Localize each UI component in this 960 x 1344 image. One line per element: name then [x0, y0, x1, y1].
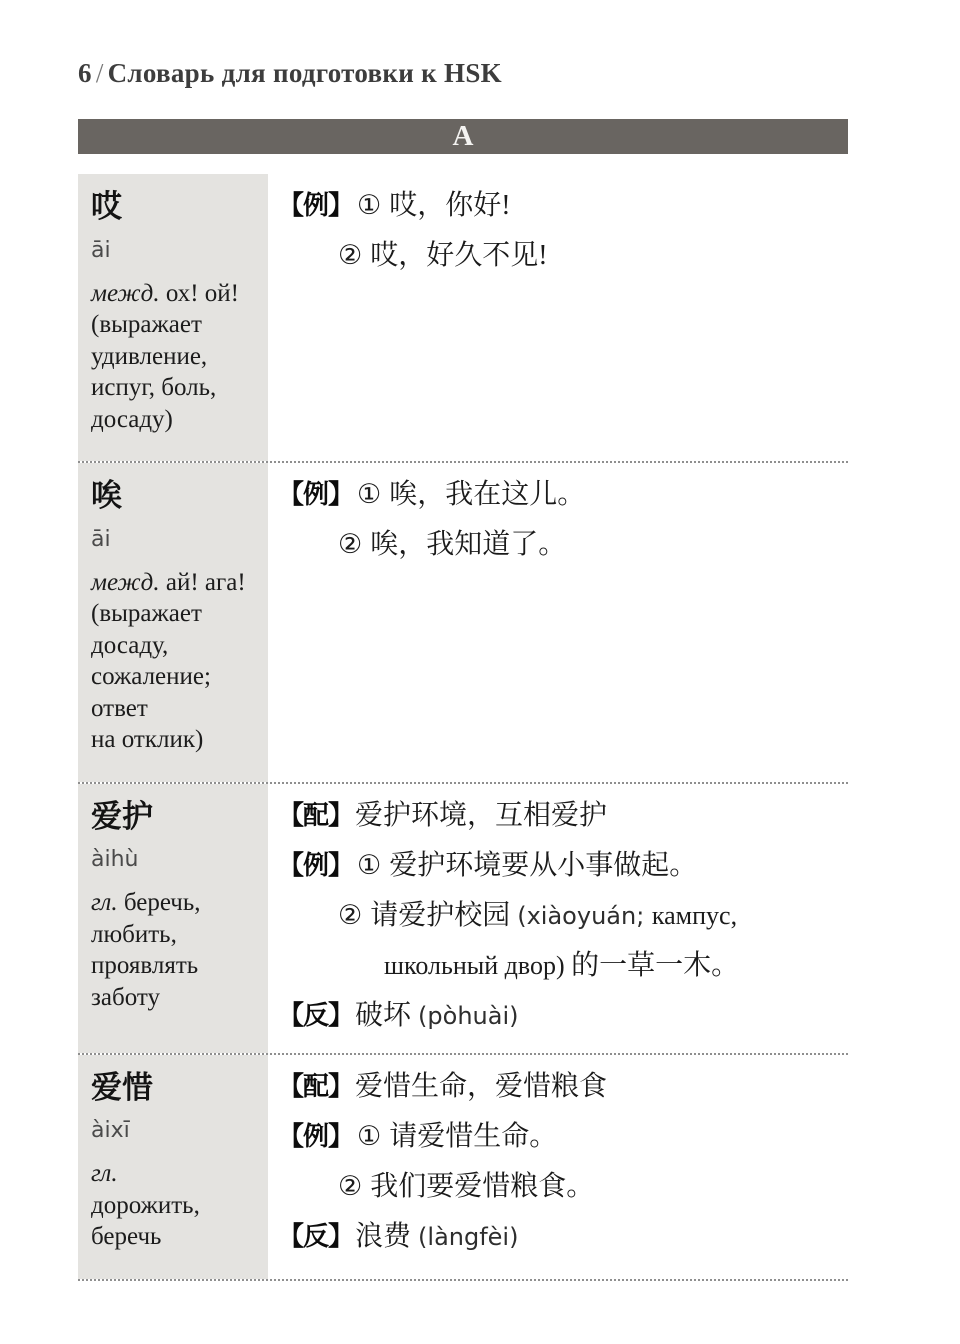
label-marker: 【例】 [278, 1122, 353, 1151]
circled-number: ① [357, 190, 381, 221]
section-banner: A [78, 119, 848, 154]
dictionary-entry: 哎āiмежд. ох! ой! (выражает удивление, ис… [78, 174, 848, 463]
headword: 哎 [91, 189, 254, 225]
example-line: 【反】破坏 (pòhuài) [278, 991, 848, 1041]
russian-text: школьный двор) [384, 951, 571, 980]
entry-examples: 【配】爱护环境，互相爱护【例】①爱护环境要从小事做起。②请爱护校园 (xiàoy… [268, 784, 848, 1053]
chinese-text: 哎，好久不见! [370, 240, 547, 271]
pinyin-text: (làngfèi) [418, 1223, 518, 1251]
page-header: 6/Словарь для подготовки к HSK [78, 58, 848, 89]
entry-examples: 【配】爱惜生命，爱惜粮食【例】①请爱惜生命。②我们要爱惜粮食。【反】浪费 (là… [268, 1055, 848, 1279]
circled-number: ② [338, 900, 362, 931]
chinese-text: 我们要爱惜粮食。 [370, 1171, 594, 1202]
chinese-text: 浪费 [355, 1221, 418, 1252]
pinyin-text: (pòhuài) [418, 1002, 518, 1030]
entry-info: 爱惜àixīгл. дорожить, беречь [78, 1055, 268, 1279]
dictionary-entry: 唉āiмежд. ай! ага! (выражает досаду, сожа… [78, 463, 848, 784]
definition: гл. беречь, любить, проявлять заботу [91, 887, 254, 1013]
example-line: ②我们要爱惜粮食。 [278, 1162, 848, 1212]
headword: 爱惜 [91, 1070, 254, 1106]
chinese-text: 破坏 [355, 1000, 418, 1031]
example-line: 【反】浪费 (làngfèi) [278, 1212, 848, 1262]
label-marker: 【配】 [278, 1072, 353, 1101]
circled-number: ① [357, 1121, 381, 1152]
definition: гл. дорожить, беречь [91, 1158, 254, 1253]
part-of-speech: межд. [91, 569, 160, 596]
entry-examples: 【例】①哎，你好!②哎，好久不见! [268, 174, 848, 461]
chinese-text: 的一草一木。 [571, 950, 739, 981]
headword: 唉 [91, 478, 254, 514]
entry-info: 哎āiмежд. ох! ой! (выражает удивление, ис… [78, 174, 268, 461]
circled-number: ② [338, 1171, 362, 1202]
chinese-text: 请爱惜生命。 [389, 1121, 557, 1152]
book-title: Словарь для подготовки к HSK [108, 58, 502, 88]
dictionary-page: 6/Словарь для подготовки к HSK A 哎āiмежд… [0, 0, 848, 1281]
circled-number: ① [357, 850, 381, 881]
pinyin: àixī [91, 1118, 254, 1143]
example-line: 【例】①请爱惜生命。 [278, 1112, 848, 1162]
russian-text: кампус, [652, 901, 737, 930]
headword: 爱护 [91, 799, 254, 835]
part-of-speech: гл. [91, 1160, 118, 1187]
label-marker: 【例】 [278, 480, 353, 509]
definition-text: ай! ага! (выражает досаду, сожаление; от… [91, 569, 246, 754]
pinyin: āi [91, 527, 254, 552]
example-line: ②哎，好久不见! [278, 231, 848, 281]
example-line: ②请爱护校园 (xiàoyuán; кампус, [278, 891, 848, 941]
chinese-text: 请爱护校园 [370, 900, 517, 931]
example-line: 【例】①爱护环境要从小事做起。 [278, 841, 848, 891]
example-line: 【例】①哎，你好! [278, 181, 848, 231]
example-line: ②唉，我知道了。 [278, 520, 848, 570]
circled-number: ② [338, 529, 362, 560]
definition-text: дорожить, беречь [91, 1192, 200, 1251]
definition: межд. ай! ага! (выражает досаду, сожален… [91, 567, 254, 756]
header-separator: / [92, 58, 108, 88]
entry-info: 唉āiмежд. ай! ага! (выражает досаду, сожа… [78, 463, 268, 782]
chinese-text: 唉，我知道了。 [370, 529, 566, 560]
entry-info: 爱护àihùгл. беречь, любить, проявлять забо… [78, 784, 268, 1053]
pinyin: àihù [91, 847, 254, 872]
circled-number: ① [357, 479, 381, 510]
page-number: 6 [78, 58, 92, 88]
example-line: 【配】爱护环境，互相爱护 [278, 791, 848, 841]
example-line: 【配】爱惜生命，爱惜粮食 [278, 1062, 848, 1112]
label-marker: 【例】 [278, 851, 353, 880]
dictionary-entry: 爱护àihùгл. беречь, любить, проявлять забо… [78, 784, 848, 1055]
chinese-text: 唉，我在这儿。 [389, 479, 585, 510]
pinyin-text: (xiàoyuán; [517, 902, 652, 930]
section-letter: A [453, 120, 474, 152]
label-marker: 【例】 [278, 191, 353, 220]
label-marker: 【配】 [278, 801, 353, 830]
dictionary-entry: 爱惜àixīгл. дорожить, беречь【配】爱惜生命，爱惜粮食【例… [78, 1055, 848, 1281]
definition: межд. ох! ой! (выражает удивление, испуг… [91, 278, 254, 436]
chinese-text: 爱护环境，互相爱护 [355, 800, 607, 831]
chinese-text: 爱惜生命，爱惜粮食 [355, 1071, 607, 1102]
pinyin: āi [91, 238, 254, 263]
example-line: 【例】①唉，我在这儿。 [278, 470, 848, 520]
chinese-text: 哎，你好! [389, 190, 510, 221]
entries: 哎āiмежд. ох! ой! (выражает удивление, ис… [78, 174, 848, 1281]
chinese-text: 爱护环境要从小事做起。 [389, 850, 697, 881]
entry-examples: 【例】①唉，我在这儿。②唉，我知道了。 [268, 463, 848, 782]
example-line: школьный двор) 的一草一木。 [278, 941, 848, 991]
part-of-speech: межд. [91, 280, 160, 307]
label-marker: 【反】 [278, 1222, 353, 1251]
label-marker: 【反】 [278, 1001, 353, 1030]
circled-number: ② [338, 240, 362, 271]
part-of-speech: гл. [91, 889, 118, 916]
